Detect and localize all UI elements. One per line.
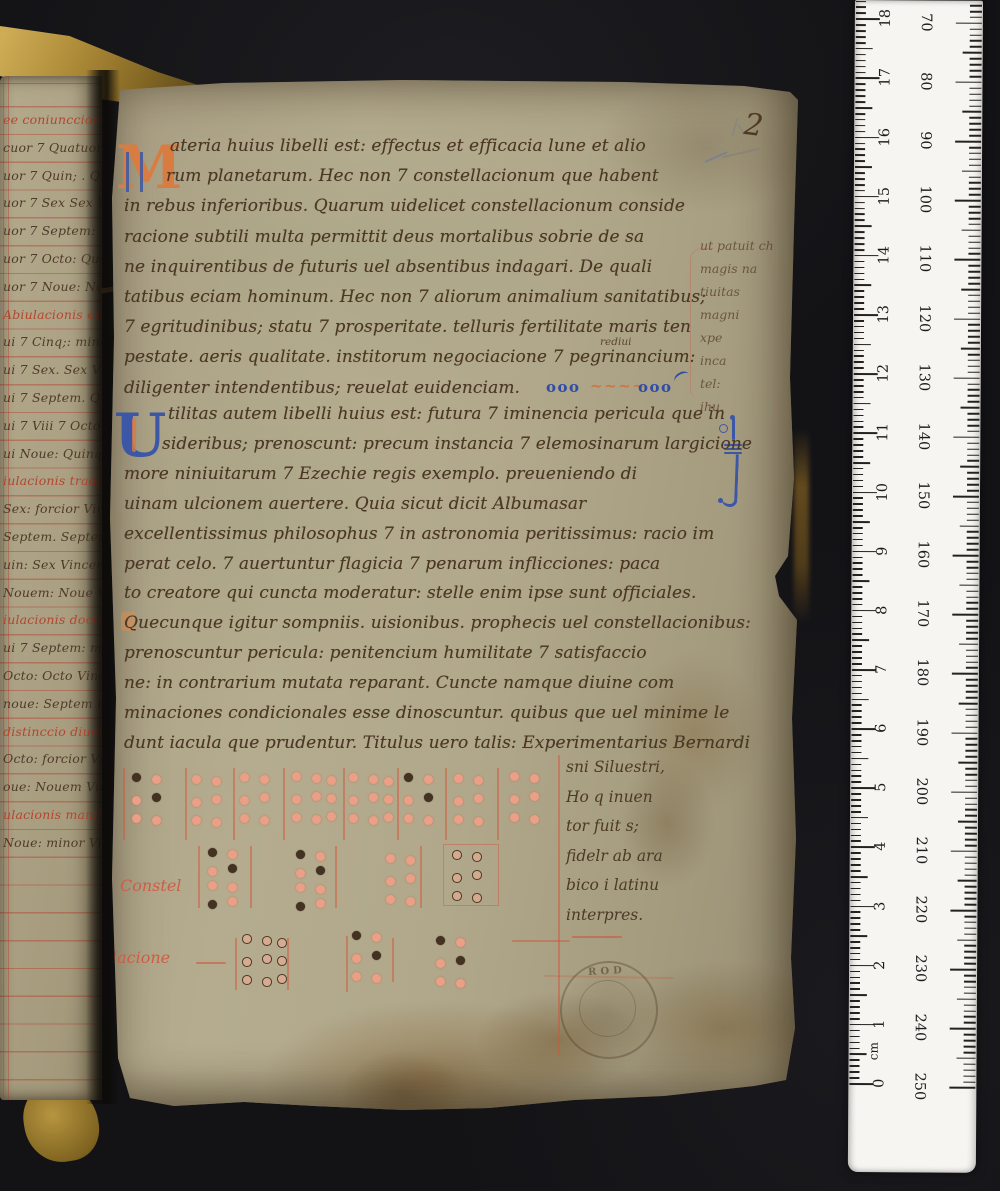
figure-dot — [132, 773, 141, 782]
ruler-label-mm: 190 — [913, 715, 929, 749]
figure-dot — [454, 797, 463, 806]
ruler-tick-mm — [951, 850, 977, 852]
ruler-tick-cm — [853, 503, 863, 505]
ruler-tick-mm — [964, 1004, 976, 1006]
ruler-tick-cm — [855, 143, 865, 145]
ruler-tick-cm — [855, 89, 865, 91]
manuscript-text-line: in rebus inferioribus. Quarum uidelicet … — [124, 196, 685, 216]
manuscript-text-line: prenoscuntur pericula: penitencium humil… — [124, 643, 647, 663]
figure-dot — [277, 938, 287, 948]
ruler-tick-cm — [855, 154, 865, 156]
figure-dot — [404, 814, 413, 823]
ruler-tick-mm — [967, 502, 979, 504]
figure-dot — [474, 817, 483, 826]
figure-dot — [372, 933, 381, 942]
figure-dot — [292, 795, 301, 804]
figure-dot — [372, 974, 381, 983]
ruler-label-cm: 6 — [873, 711, 889, 745]
ruler-tick-cm — [850, 1042, 860, 1044]
ruler-tick-mm — [965, 756, 977, 758]
ruler-tick-cm — [852, 633, 862, 635]
ruler-tick-cm — [850, 900, 860, 902]
dot-figure-frame — [443, 844, 499, 906]
ruler-tick-mm — [951, 791, 977, 793]
ruler-tick-cm — [850, 1036, 860, 1038]
ruler-tick-cm — [855, 125, 865, 127]
ruler-tick-cm — [850, 947, 860, 949]
figure-separator — [335, 846, 337, 908]
ruler-tick-mm — [963, 52, 982, 54]
ruler-tick-mm — [966, 590, 978, 592]
ruler-tick-cm — [856, 77, 880, 79]
ruler-tick-cm — [851, 764, 861, 766]
ruler-tick-cm — [854, 320, 864, 322]
ruler-tick-cm — [853, 527, 863, 529]
ruler-tick-cm — [851, 787, 875, 789]
ruler-label-mm: 90 — [917, 123, 933, 157]
ruler-tick-mm — [952, 732, 978, 734]
ruler-tick-cm — [850, 965, 874, 967]
ruler-tick-cm — [856, 66, 866, 68]
ruler-tick-cm — [851, 829, 861, 831]
figure-separator — [123, 768, 125, 840]
ruler-tick-cm — [854, 338, 864, 340]
figure-dot — [240, 796, 249, 805]
ruler-tick-mm — [960, 525, 979, 527]
ruler-tick-mm — [964, 933, 976, 935]
manuscript-text-line: Quecunque igitur sompniis. uisionibus. p… — [124, 613, 751, 633]
ruler-label-cm: 1 — [872, 1007, 888, 1041]
ruler-label-mm: 110 — [916, 242, 932, 276]
ruler-tick-mm — [967, 425, 979, 427]
ruler-tick-mm — [968, 265, 980, 267]
ruler-tick-cm — [853, 438, 863, 440]
ruler-tick-mm — [958, 762, 977, 764]
margin-note-line: inca — [700, 353, 727, 368]
ruler-tick-mm — [964, 957, 976, 959]
ruler-tick-cm — [854, 290, 864, 292]
ruler-tick-cm — [855, 213, 865, 215]
figure-dot — [228, 897, 237, 906]
figure-dot — [277, 956, 287, 966]
ruler-tick-cm — [850, 935, 867, 937]
figure-dot — [316, 852, 325, 861]
margin-note-line: tel: — [700, 376, 721, 391]
ruler-tick-mm — [968, 324, 980, 326]
figure-dot — [456, 956, 465, 965]
manuscript-text-line: excellentissimus philosophus 7 in astron… — [124, 524, 714, 544]
ruler-label-mm: 120 — [916, 301, 932, 335]
ruler-tick-mm — [966, 709, 978, 711]
figure-dot — [327, 776, 336, 785]
figure-dot — [208, 867, 217, 876]
ruler-tick-mm — [967, 484, 979, 486]
ruler-tick-cm — [853, 468, 863, 470]
ruler-tick-cm — [854, 308, 864, 310]
ruler-tick-mm — [968, 383, 980, 385]
ruler-tick-cm — [853, 545, 863, 547]
ruler-tick-cm — [851, 799, 861, 801]
ruler-tick-cm — [852, 663, 862, 665]
ruler-tick-cm — [852, 610, 876, 612]
ruler-tick-cm — [849, 1071, 859, 1073]
ruler-tick-cm — [854, 279, 864, 281]
figure-dot — [369, 775, 378, 784]
figure-dot — [208, 900, 217, 909]
ruler-label-mm: 170 — [914, 597, 930, 631]
manuscript-text-line: tilitas autem libelli huius est: futura … — [168, 404, 725, 424]
ruler-label-cm: 12 — [876, 356, 892, 390]
ruler-tick-mm — [969, 224, 981, 226]
ruler-tick-mm — [963, 1081, 975, 1083]
ruler-tick-mm — [964, 1034, 976, 1036]
figure-dot — [192, 816, 201, 825]
ruler-tick-mm — [969, 153, 981, 155]
ruler-tick-cm — [851, 793, 861, 795]
ruler-tick-cm — [850, 1018, 860, 1020]
ruler-tick-cm — [850, 923, 860, 925]
ruler-tick-cm — [850, 1024, 874, 1026]
ruler-tick-mm — [957, 1058, 976, 1060]
ruler-tick-mm — [968, 306, 980, 308]
red-underline-squiggle — [572, 936, 622, 938]
figure-dot — [456, 938, 465, 947]
ruler-label-cm: 14 — [876, 238, 892, 272]
ruler-tick-mm — [968, 354, 980, 356]
ruler-tick-cm — [855, 202, 865, 204]
ruler-tick-cm — [850, 988, 860, 990]
ruler-tick-cm — [852, 710, 862, 712]
ruler-tick-cm — [854, 302, 864, 304]
ruler-label-mm: 140 — [915, 419, 931, 453]
ruler-tick-mm — [965, 785, 977, 787]
title-margin-line: interpres. — [566, 906, 643, 924]
interlinear-gloss: rediui — [600, 336, 631, 348]
ruler-tick-cm — [856, 42, 866, 44]
ruler-tick-mm — [963, 1075, 975, 1077]
figure-dot — [456, 979, 465, 988]
figure-separator — [185, 768, 187, 840]
ruler-label-cm: 7 — [874, 652, 890, 686]
figure-separator — [343, 768, 345, 840]
ruler-tick-cm — [854, 397, 864, 399]
ruler-tick-mm — [961, 407, 980, 409]
ruler-tick-mm — [964, 951, 976, 953]
figure-dot — [327, 812, 336, 821]
ruler-tick-mm — [965, 856, 977, 858]
ruler-label-mm: 250 — [911, 1070, 927, 1104]
ruler-label-mm: 150 — [915, 478, 931, 512]
ruler-tick-cm — [851, 769, 861, 771]
title-margin-line: Ho q inuen — [566, 788, 653, 806]
figure-dot — [316, 866, 325, 875]
ruler-tick-mm — [964, 904, 976, 906]
ruler-label-cm: 2 — [872, 948, 888, 982]
ruler-tick-cm — [849, 1083, 873, 1085]
photograph-stage: ee coniunccionis domcuor 7 Quatuor forci… — [0, 0, 1000, 1191]
ruler-tick-mm — [968, 247, 980, 249]
ruler-tick-cm — [851, 775, 861, 777]
ruler-tick-mm — [967, 431, 979, 433]
ruler-tick-mm — [969, 212, 981, 214]
figure-dot — [327, 794, 336, 803]
figure-dot — [510, 813, 519, 822]
ruler-tick-mm — [966, 679, 978, 681]
rubric-word-tail — [196, 962, 226, 964]
figure-separator — [397, 768, 399, 840]
ruler-tick-mm — [957, 939, 976, 941]
ruler-tick-cm — [855, 137, 879, 139]
figure-dot — [404, 773, 413, 782]
figure-dot — [349, 796, 358, 805]
ruler-tick-cm — [853, 462, 870, 464]
ruler-tick-mm — [966, 632, 978, 634]
margin-note-line: ut patuit ch — [700, 238, 774, 253]
ruler-tick-cm — [853, 474, 863, 476]
ruler-tick-mm — [950, 1028, 976, 1030]
ruler-tick-cm — [855, 190, 865, 192]
ruler-tick-mm — [964, 981, 976, 983]
figure-dot — [312, 774, 321, 783]
ruler-tick-cm — [850, 1059, 860, 1061]
ruler-tick-mm — [955, 82, 981, 84]
ruler-tick-cm — [850, 917, 860, 919]
ruler-tick-cm — [850, 1006, 860, 1008]
ruler-tick-mm — [968, 271, 980, 273]
ruler-tick-cm — [852, 669, 876, 671]
ruler-tick-cm — [852, 580, 869, 582]
manuscript-text-line: perat celo. 7 auertuntur flagicia 7 pena… — [124, 554, 660, 574]
ruler-label-cm: 3 — [872, 889, 888, 923]
figure-dot — [132, 796, 141, 805]
ruler-label-cm: 11 — [875, 415, 891, 449]
paraph-tail — [721, 454, 739, 508]
ruler-tick-cm — [850, 1012, 860, 1014]
ruler-tick-cm — [856, 30, 866, 32]
ruler-tick-cm — [852, 616, 862, 618]
ruler-tick-mm — [955, 200, 981, 202]
ruler-tick-mm — [968, 395, 980, 397]
ruler-tick-cm — [853, 562, 863, 564]
ruler-tick-mm — [967, 472, 979, 474]
ruler-tick-mm — [958, 880, 977, 882]
figure-separator — [445, 768, 447, 840]
ruler-tick-mm — [953, 496, 979, 498]
ruler-tick-mm — [963, 1063, 975, 1065]
ruler-label-mm: 160 — [915, 537, 931, 571]
ruler-tick-mm — [969, 158, 981, 160]
ruler-tick-mm — [965, 874, 977, 876]
ruler-tick-cm — [852, 704, 862, 706]
ruler-tick-mm — [969, 194, 981, 196]
figure-dot — [228, 864, 237, 873]
figure-dot — [349, 773, 358, 782]
figure-dot — [384, 795, 393, 804]
ruler-tick-mm — [968, 277, 980, 279]
ruler-tick-cm — [851, 876, 868, 878]
ruler-tick-cm — [856, 48, 873, 50]
ruler-tick-mm — [969, 105, 981, 107]
ruler-tick-cm — [852, 657, 862, 659]
ruler-tick-cm — [855, 231, 865, 233]
ruler-tick-cm — [854, 344, 871, 346]
ruler-tick-mm — [968, 401, 980, 403]
figure-separator — [250, 846, 252, 908]
figure-dot — [277, 974, 287, 984]
figure-dot — [424, 793, 433, 802]
ruler-tick-cm — [853, 509, 863, 511]
ruler-label-mm: 70 — [918, 5, 934, 39]
ruler-tick-mm — [962, 111, 981, 113]
ruler-tick-cm — [850, 906, 874, 908]
ruler-tick-mm — [966, 602, 978, 604]
figure-dot — [296, 850, 305, 859]
ruler-tick-mm — [968, 342, 980, 344]
ruler-tick-cm — [850, 982, 860, 984]
ruler-tick-cm — [853, 426, 863, 428]
figure-dot — [474, 776, 483, 785]
ruler-tick-mm — [954, 377, 980, 379]
ruler-tick-cm — [853, 456, 863, 458]
figure-dot — [228, 883, 237, 892]
figure-dot — [384, 813, 393, 822]
ruler-tick-cm — [856, 24, 866, 26]
ruler-tick-cm — [852, 651, 862, 653]
ruler-tick-cm — [854, 284, 871, 286]
ruler-tick-mm — [969, 93, 981, 95]
ruler-tick-mm — [969, 164, 981, 166]
ruler-tick-mm — [965, 738, 977, 740]
ruler-tick-mm — [968, 253, 980, 255]
ruler-tick-cm — [852, 681, 862, 683]
initial-orange-stripe — [132, 418, 136, 452]
ruler-label-cm: 13 — [876, 297, 892, 331]
figure-dot — [404, 796, 413, 805]
figure-dot — [349, 814, 358, 823]
figure-dot — [260, 775, 269, 784]
ruler-tick-mm — [965, 892, 977, 894]
ruler-tick-cm — [852, 728, 876, 730]
ruler-tick-mm — [969, 99, 981, 101]
ruler-tick-cm — [853, 421, 863, 423]
ruler-tick-cm — [852, 693, 862, 695]
ruler-tick-cm — [855, 172, 865, 174]
manuscript-text-line: ne: in contrarium mutata reparant. Cunct… — [124, 673, 674, 693]
ruler-tick-mm — [966, 667, 978, 669]
ruler-tick-mm — [969, 176, 981, 178]
figure-dot — [424, 816, 433, 825]
ruler-tick-cm — [851, 864, 861, 866]
ruler-tick-cm — [853, 409, 863, 411]
ruler-label-mm: 220 — [912, 892, 928, 926]
ruler-tick-cm — [850, 959, 860, 961]
ruler-tick-cm — [855, 184, 865, 186]
ruler-tick-cm — [851, 805, 861, 807]
figure-dot — [262, 977, 272, 987]
manuscript-text-line: 7 egritudinibus; statu 7 prosperitate. t… — [124, 317, 691, 337]
ruler-tick-cm — [853, 497, 863, 499]
ruler-tick-cm — [854, 326, 864, 328]
ruler-tick-cm — [853, 432, 877, 434]
ruler-tick-cm — [853, 450, 863, 452]
ruler-tick-cm — [852, 645, 862, 647]
ruler-tick-cm — [851, 870, 861, 872]
figure-dot — [242, 934, 252, 944]
ruler-tick-mm — [964, 987, 976, 989]
ruler-tick-mm — [970, 64, 982, 66]
ruler-tick-cm — [851, 888, 861, 890]
ruler-tick-mm — [967, 490, 979, 492]
ruler-tick-mm — [965, 774, 977, 776]
ruler-tick-mm — [966, 655, 978, 657]
manuscript-text-line: tatibus eciam hominum. Hec non 7 aliorum… — [124, 287, 706, 307]
ruler-tick-mm — [970, 70, 982, 72]
figure-dot — [510, 795, 519, 804]
ruler-label-cm: 9 — [875, 534, 891, 568]
ruler-tick-cm — [855, 178, 865, 180]
ruler-tick-mm — [967, 513, 979, 515]
ruler-tick-cm — [851, 852, 861, 854]
figure-separator — [346, 936, 348, 992]
ruler-tick-mm — [966, 620, 978, 622]
ruler-tick-cm — [856, 12, 866, 14]
ruler-tick-mm — [966, 720, 978, 722]
ruler-tick-cm — [855, 131, 865, 133]
ruler-tick-mm — [967, 442, 979, 444]
manuscript-text-line: sideribus; prenoscunt: precum instancia … — [162, 434, 752, 454]
ruler-tick-cm — [854, 273, 864, 275]
ruler-tick-mm — [966, 649, 978, 651]
ruler-tick-mm — [959, 643, 978, 645]
ruler-tick-mm — [965, 744, 977, 746]
ruler-tick-mm — [954, 259, 980, 261]
ruler-tick-cm — [850, 994, 867, 996]
stamp-text: ROD — [576, 964, 638, 978]
stamp-inner-ring — [579, 980, 636, 1037]
figure-dot — [192, 775, 201, 784]
figure-dot — [292, 772, 301, 781]
ruler-tick-cm — [852, 716, 862, 718]
figure-dot — [436, 959, 445, 968]
ruler-tick-mm — [966, 573, 978, 575]
ruler-tick-cm — [851, 823, 861, 825]
figure-dot — [260, 816, 269, 825]
ruler-tick-mm — [954, 318, 980, 320]
manuscript-text-line: to creatore qui cuncta moderatur: stelle… — [124, 583, 697, 603]
figure-dot — [152, 793, 161, 802]
ruler-tick-mm — [962, 229, 981, 231]
ruler-tick-cm — [855, 196, 879, 198]
ruler-tick-mm — [958, 821, 977, 823]
ruler-tick-cm — [853, 444, 863, 446]
ruler-tick-cm — [850, 977, 860, 979]
ruler-tick-cm — [855, 225, 872, 227]
ruler-tick-mm — [970, 17, 982, 19]
ruler-tick-mm — [964, 927, 976, 929]
ruler-tick-cm — [850, 941, 860, 943]
ruler-tick-cm — [853, 491, 877, 493]
ruler-tick-mm — [966, 608, 978, 610]
ruler-tick-mm — [952, 614, 978, 616]
ruler-label-mm: 240 — [912, 1011, 928, 1045]
ruler-tick-mm — [967, 413, 979, 415]
title-margin-line: bico i latinu — [566, 876, 659, 894]
ruler-tick-mm — [965, 750, 977, 752]
ruler-tick-cm — [855, 119, 865, 121]
ruler-tick-cm — [853, 486, 863, 488]
manuscript-text-line: minaciones condicionales esse dinoscuntu… — [124, 703, 729, 723]
decorated-initial-U: U — [114, 406, 166, 466]
